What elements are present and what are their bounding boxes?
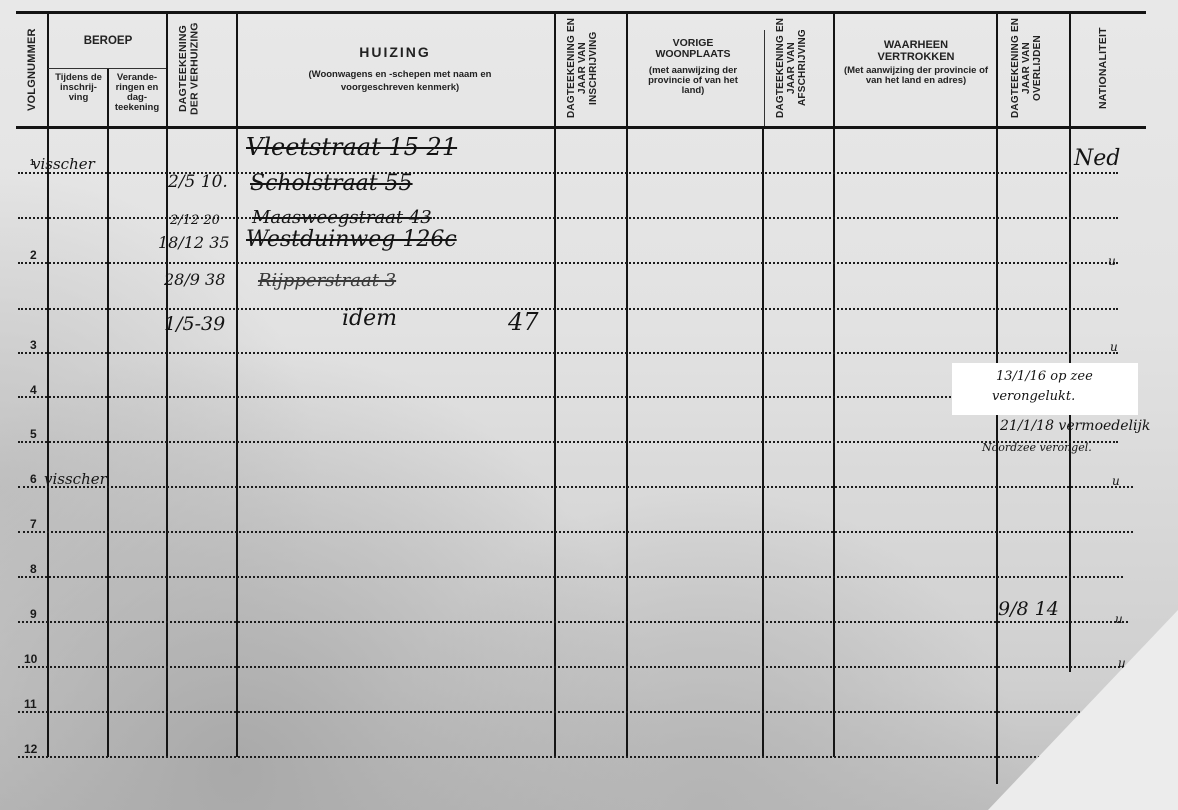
- row-line: [18, 352, 1118, 354]
- ditto-mark: u: [1108, 254, 1116, 268]
- col-divider: [1069, 12, 1071, 672]
- header-overlijden: DAGTEEKENING EN JAAR VAN OVERLIJDEN: [1010, 14, 1060, 122]
- row-number: 8: [30, 562, 37, 576]
- huizing-number: 47: [508, 308, 539, 336]
- verhuizing-date: 2/5 10.: [168, 172, 228, 192]
- register-card: VOLGNUMMER BEROEP Tijdens de inschrij- v…: [0, 0, 1178, 810]
- huizing-address: Maasweegstraat 43: [252, 207, 432, 228]
- overlijden-entry-line1: 21/1/18 vermoedelijk: [1000, 418, 1150, 434]
- overlijden-entry-line2: verongelukt.: [992, 389, 1075, 404]
- nationaliteit-entry: Ned: [1074, 146, 1120, 171]
- row-line: [18, 441, 1118, 443]
- row-line: [18, 262, 1118, 264]
- huizing-address: Rijpperstraat 3: [258, 270, 396, 291]
- header-vorige-woonplaats-subtitle: (met aanwijzing der provincie of van het…: [636, 66, 750, 96]
- col-divider: [236, 12, 238, 757]
- huizing-address: Vleetstraat 15 21: [246, 133, 457, 161]
- header-volgnummer: VOLGNUMMER: [26, 18, 38, 122]
- col-divider: [764, 30, 765, 126]
- row-number: 11: [24, 697, 37, 711]
- header-nationaliteit: NATIONALITEIT: [1098, 18, 1110, 118]
- row-line: [18, 666, 1128, 668]
- row-line: [18, 486, 1133, 488]
- huizing-address: idem: [342, 306, 397, 331]
- header-huizing: HUIZING: [260, 45, 530, 60]
- row-number: 10: [24, 652, 37, 666]
- row-line: [18, 711, 1088, 713]
- huizing-address: Westduinweg 126c: [246, 227, 457, 252]
- col-divider: [554, 12, 556, 757]
- beroep-subdivider: [48, 68, 166, 69]
- row-number: 6: [30, 472, 37, 486]
- header-bottom-rule: [16, 126, 1146, 129]
- header-beroep-veranderingen: Verande- ringen en dag- teekening: [109, 73, 165, 113]
- row-number: 2: [30, 248, 37, 262]
- row-line: [18, 756, 1068, 758]
- row-number: 12: [24, 742, 37, 756]
- verhuizing-date: 18/12 35: [158, 233, 230, 252]
- row-line: [18, 531, 1133, 533]
- col-divider: [166, 12, 168, 757]
- row-line: [18, 621, 1128, 623]
- huizing-address: Scholstraat 55: [250, 171, 413, 196]
- header-huizing-subtitle: (Woonwagens en -schepen met naam en voor…: [280, 68, 520, 95]
- row-number: 9: [30, 607, 37, 621]
- row-number: 7: [30, 517, 37, 531]
- row-line: [18, 576, 1123, 578]
- header-beroep: BEROEP: [50, 35, 166, 47]
- header-vorige-woonplaats: VORIGE WOONPLAATS: [638, 38, 748, 60]
- col-divider: [626, 12, 628, 757]
- beroep-entry: visscher: [32, 155, 95, 173]
- col-divider: [47, 12, 49, 757]
- header-waarheen: WAARHEEN VERTROKKEN: [846, 40, 986, 63]
- row-line: [18, 308, 1118, 310]
- verhuizing-date: 28/9 38: [164, 270, 225, 289]
- ditto-mark: u: [1112, 474, 1120, 488]
- header-afschrijving: DAGTEEKENING EN JAAR VAN AFSCHRIJVING: [775, 14, 823, 122]
- header-waarheen-subtitle: (Met aanwijzing der provincie of van het…: [840, 66, 992, 86]
- header-dagteekening-verhuizing: DAGTEEKENING DER VERHUIZING: [178, 14, 226, 124]
- verhuizing-date: 1/5-39: [164, 313, 225, 335]
- beroep-entry: visscher: [44, 470, 107, 488]
- row-number: 3: [30, 338, 37, 352]
- row-number: 5: [30, 427, 37, 441]
- row-number: 4: [30, 383, 37, 397]
- verhuizing-date: 2/12 20: [170, 213, 220, 228]
- torn-corner: [988, 610, 1178, 810]
- ditto-mark: u: [1110, 340, 1118, 354]
- overlijden-entry-line2: Noordzee verongel.: [982, 441, 1092, 454]
- col-divider: [833, 12, 835, 757]
- header-beroep-tijdens: Tijdens de inschrij- ving: [51, 73, 106, 103]
- overlijden-entry-line1: 13/1/16 op zee: [996, 369, 1093, 384]
- header-inschrijving: DAGTEEKENING EN JAAR VAN INSCHRIJVING: [566, 14, 616, 122]
